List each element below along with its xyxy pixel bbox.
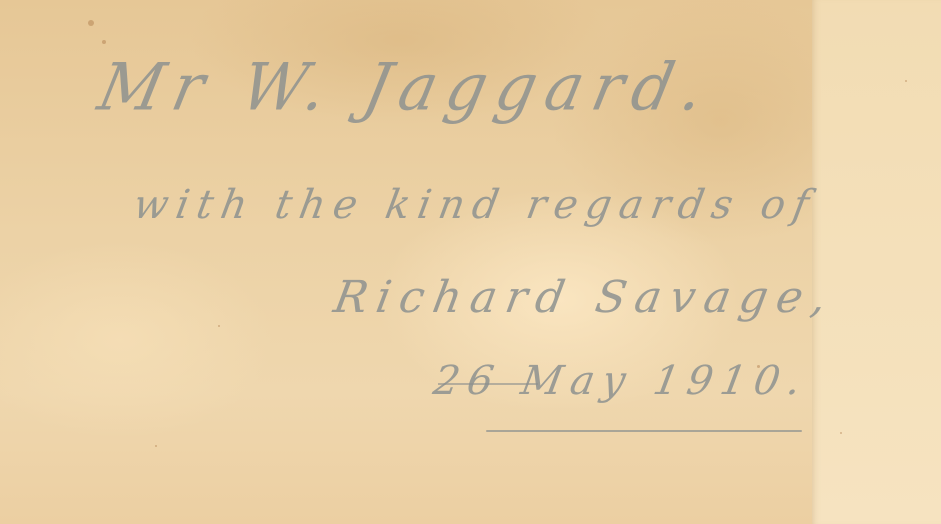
date-stroke <box>438 383 538 385</box>
date-underline <box>486 430 802 432</box>
paper-foxing-spot <box>88 20 94 26</box>
inscription-recipient: Mr W. Jaggard. <box>92 48 721 125</box>
inscription-date: 26 May 1910. <box>430 358 812 404</box>
paper-foxing-spot <box>155 445 157 447</box>
paper-foxing-spot <box>102 40 106 44</box>
inscription-regards: with the kind regards of <box>130 182 820 228</box>
lighter-paper-edge <box>812 0 941 524</box>
paper-foxing-spot <box>905 80 907 82</box>
paper-foxing-spot <box>840 432 842 434</box>
inscription-signature: Richard Savage, <box>330 272 839 323</box>
aged-paper-page: Mr W. Jaggard. with the kind regards of … <box>0 0 941 524</box>
paper-foxing-spot <box>218 325 220 327</box>
